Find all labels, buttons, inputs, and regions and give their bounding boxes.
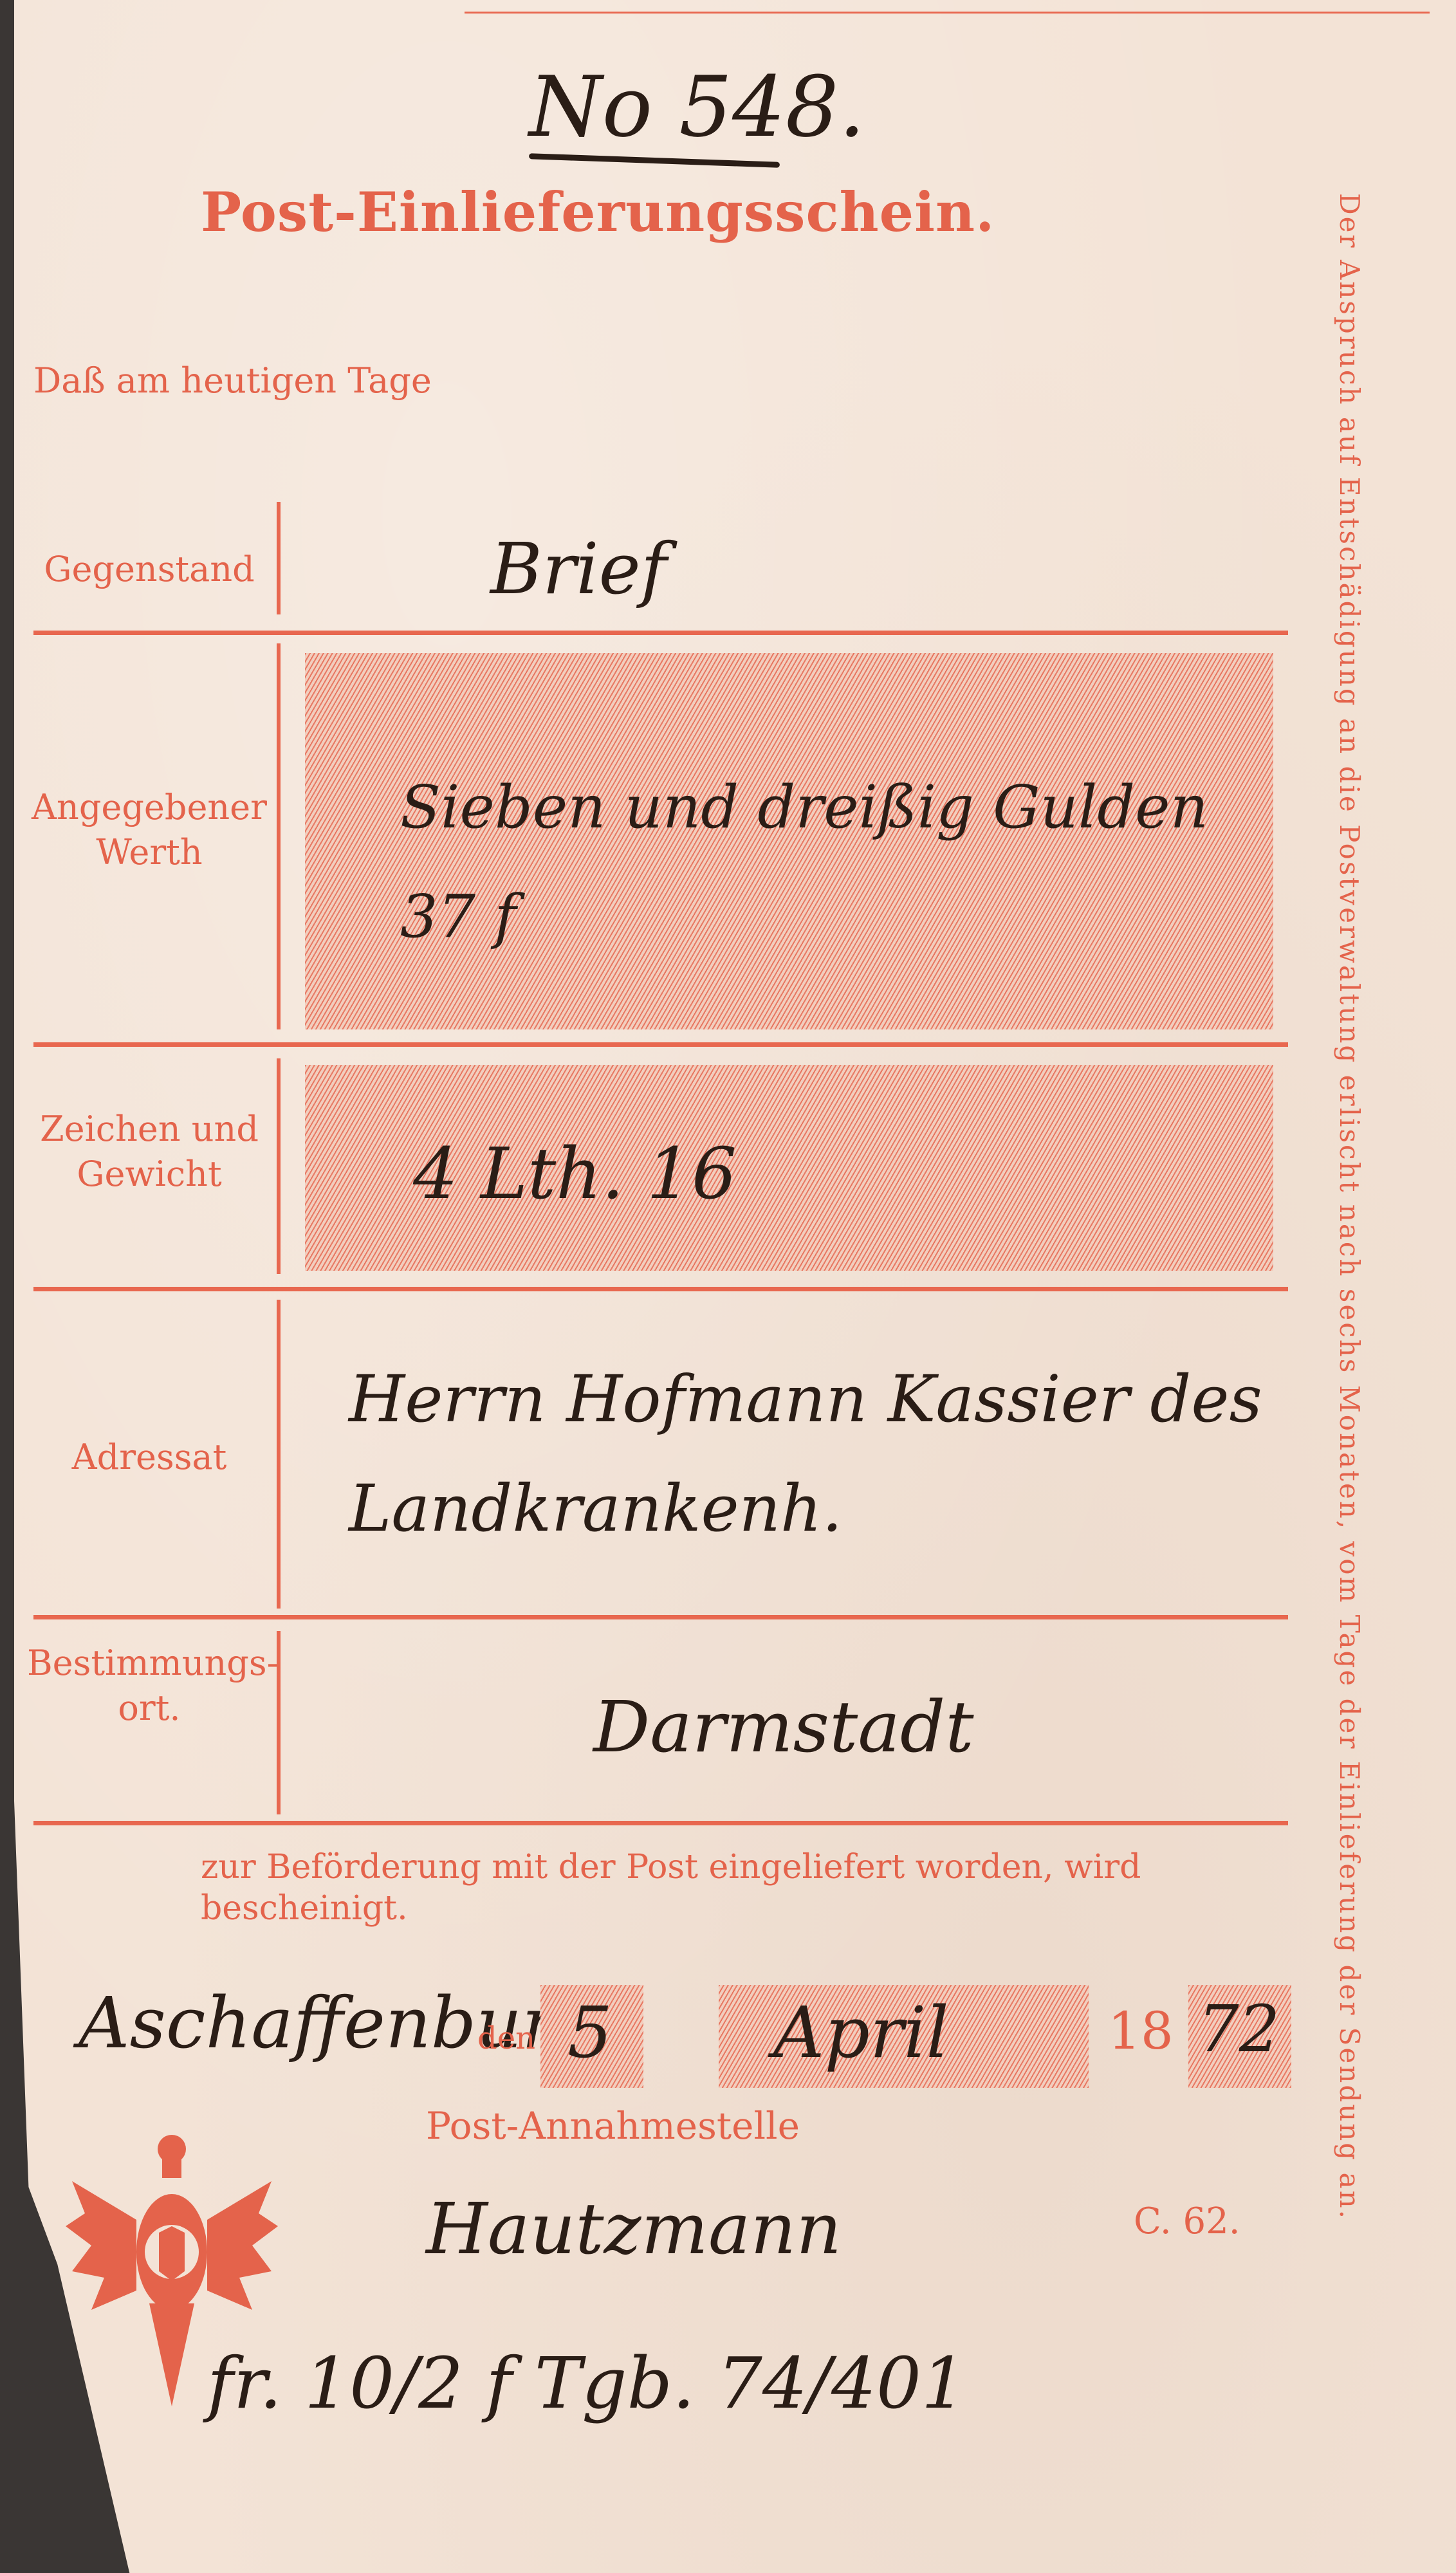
office-label: Post-Annahmestelle xyxy=(426,2104,800,2148)
field-label-zeichen: Zeichen und Gewicht xyxy=(27,1107,272,1197)
field-value-adressat: Herrn Hofmann Kassier des Landkrankenh. xyxy=(349,1345,1282,1563)
field-label-bestimmungsort: Bestimmungs-ort. xyxy=(27,1641,272,1731)
form-title: Post-Einlieferungsschein. xyxy=(201,180,995,244)
date-month: April xyxy=(773,1991,949,2074)
row-divider xyxy=(33,1615,1288,1619)
column-divider xyxy=(277,643,281,1029)
row-divider xyxy=(33,1821,1288,1825)
intro-text: Daß am heutigen Tage xyxy=(33,360,432,401)
receipt-paper: No 548. Post-Einlieferungsschein. Daß am… xyxy=(14,0,1456,2573)
field-label-gegenstand: Gegenstand xyxy=(27,547,272,592)
column-divider xyxy=(277,1300,281,1609)
date-year-suffix: 72 xyxy=(1198,1991,1280,2067)
year-prefix: 18 xyxy=(1108,2001,1174,2061)
label-text: Angegebener Werth xyxy=(32,787,267,872)
row-divider xyxy=(33,1287,1288,1291)
top-border xyxy=(465,12,1430,14)
field-label-adressat: Adressat xyxy=(27,1435,272,1480)
serial-number: No 548. xyxy=(529,58,865,156)
column-divider xyxy=(277,1058,281,1274)
footer-notes: fr. 10/2 f Tgb. 74/401 xyxy=(207,2342,966,2424)
field-value-werth: Sieben und dreißig Gulden 37 f xyxy=(400,753,1269,972)
den-label: den xyxy=(477,2020,535,2056)
field-value-gegenstand: Brief xyxy=(490,528,667,610)
column-divider xyxy=(277,502,281,614)
vertical-notice: Der Anspruch auf Entschädigung an die Po… xyxy=(1327,193,1365,2059)
date-day: 5 xyxy=(567,1991,613,2074)
row-divider xyxy=(33,631,1288,635)
row-divider xyxy=(33,1042,1288,1047)
field-value-zeichen: 4 Lth. 16 xyxy=(413,1132,737,1215)
closing-text: zur Beförderung mit der Post eingeliefer… xyxy=(201,1847,1295,1929)
official-signature: Hautzmann xyxy=(426,2188,842,2270)
field-label-werth: Angegebener Werth xyxy=(27,785,272,875)
field-value-bestimmungsort: Darmstadt xyxy=(593,1686,974,1768)
form-code: C. 62. xyxy=(1134,2200,1240,2242)
